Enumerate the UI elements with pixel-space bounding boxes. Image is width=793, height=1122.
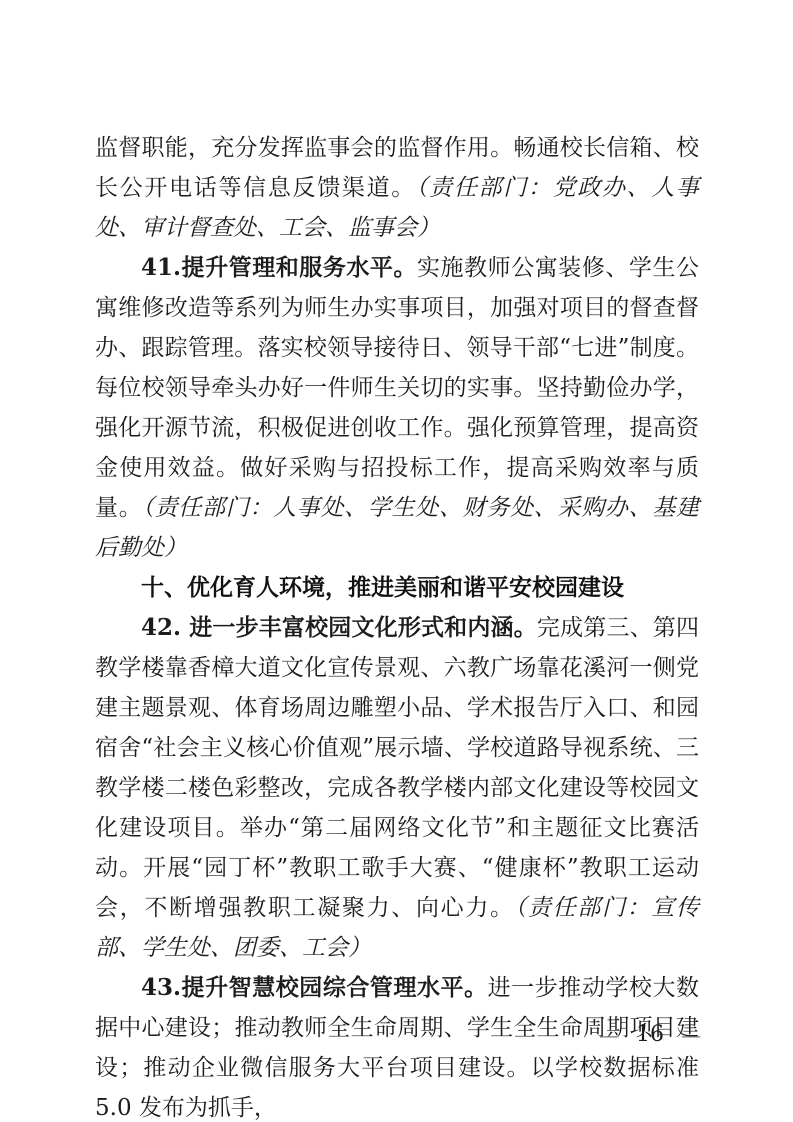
document-content: 监督职能，充分发挥监事会的监督作用。畅通校长信箱、校长公开电话等信息反馈渠道。（… — [95, 128, 699, 1122]
page-number: 16 — [636, 1020, 664, 1050]
section-heading-10: 十、优化育人环境，推进美丽和谐平安校园建设 — [95, 568, 699, 608]
paragraph-item-42: 42. 进一步丰富校园文化形式和内涵。完成第三、第四教学楼靠香樟大道文化宣传景观… — [95, 608, 699, 968]
paragraph-continuation: 监督职能，充分发挥监事会的监督作用。畅通校长信箱、校长公开电话等信息反馈渠道。（… — [95, 128, 699, 248]
footer-dash-left: — — [599, 1020, 619, 1050]
item-42-body: 完成第三、第四教学楼靠香樟大道文化宣传景观、六教广场靠花溪河一侧党建主题景观、体… — [95, 615, 699, 921]
item-43-title: 43.提升智慧校园综合管理水平。 — [141, 974, 488, 1001]
paragraph-item-41: 41.提升管理和服务水平。实施教师公寓装修、学生公寓维修改造等系列为师生办实事项… — [95, 248, 699, 568]
footer-dash-right: — — [681, 1020, 701, 1050]
document-page: 监督职能，充分发挥监事会的监督作用。畅通校长信箱、校长公开电话等信息反馈渠道。（… — [0, 0, 793, 1122]
page-footer: — 16 — — [599, 1020, 701, 1050]
item-42-title: 42. 进一步丰富校园文化形式和内涵。 — [141, 614, 537, 641]
responsibility-note: （责任部门：人事处、学生处、财务处、采购办、基建后勤处） — [95, 495, 699, 561]
item-41-body: 实施教师公寓装修、学生公寓维修改造等系列为师生办实事项目，加强对项目的督查督办、… — [95, 255, 699, 521]
item-41-title: 41.提升管理和服务水平。 — [141, 254, 417, 281]
